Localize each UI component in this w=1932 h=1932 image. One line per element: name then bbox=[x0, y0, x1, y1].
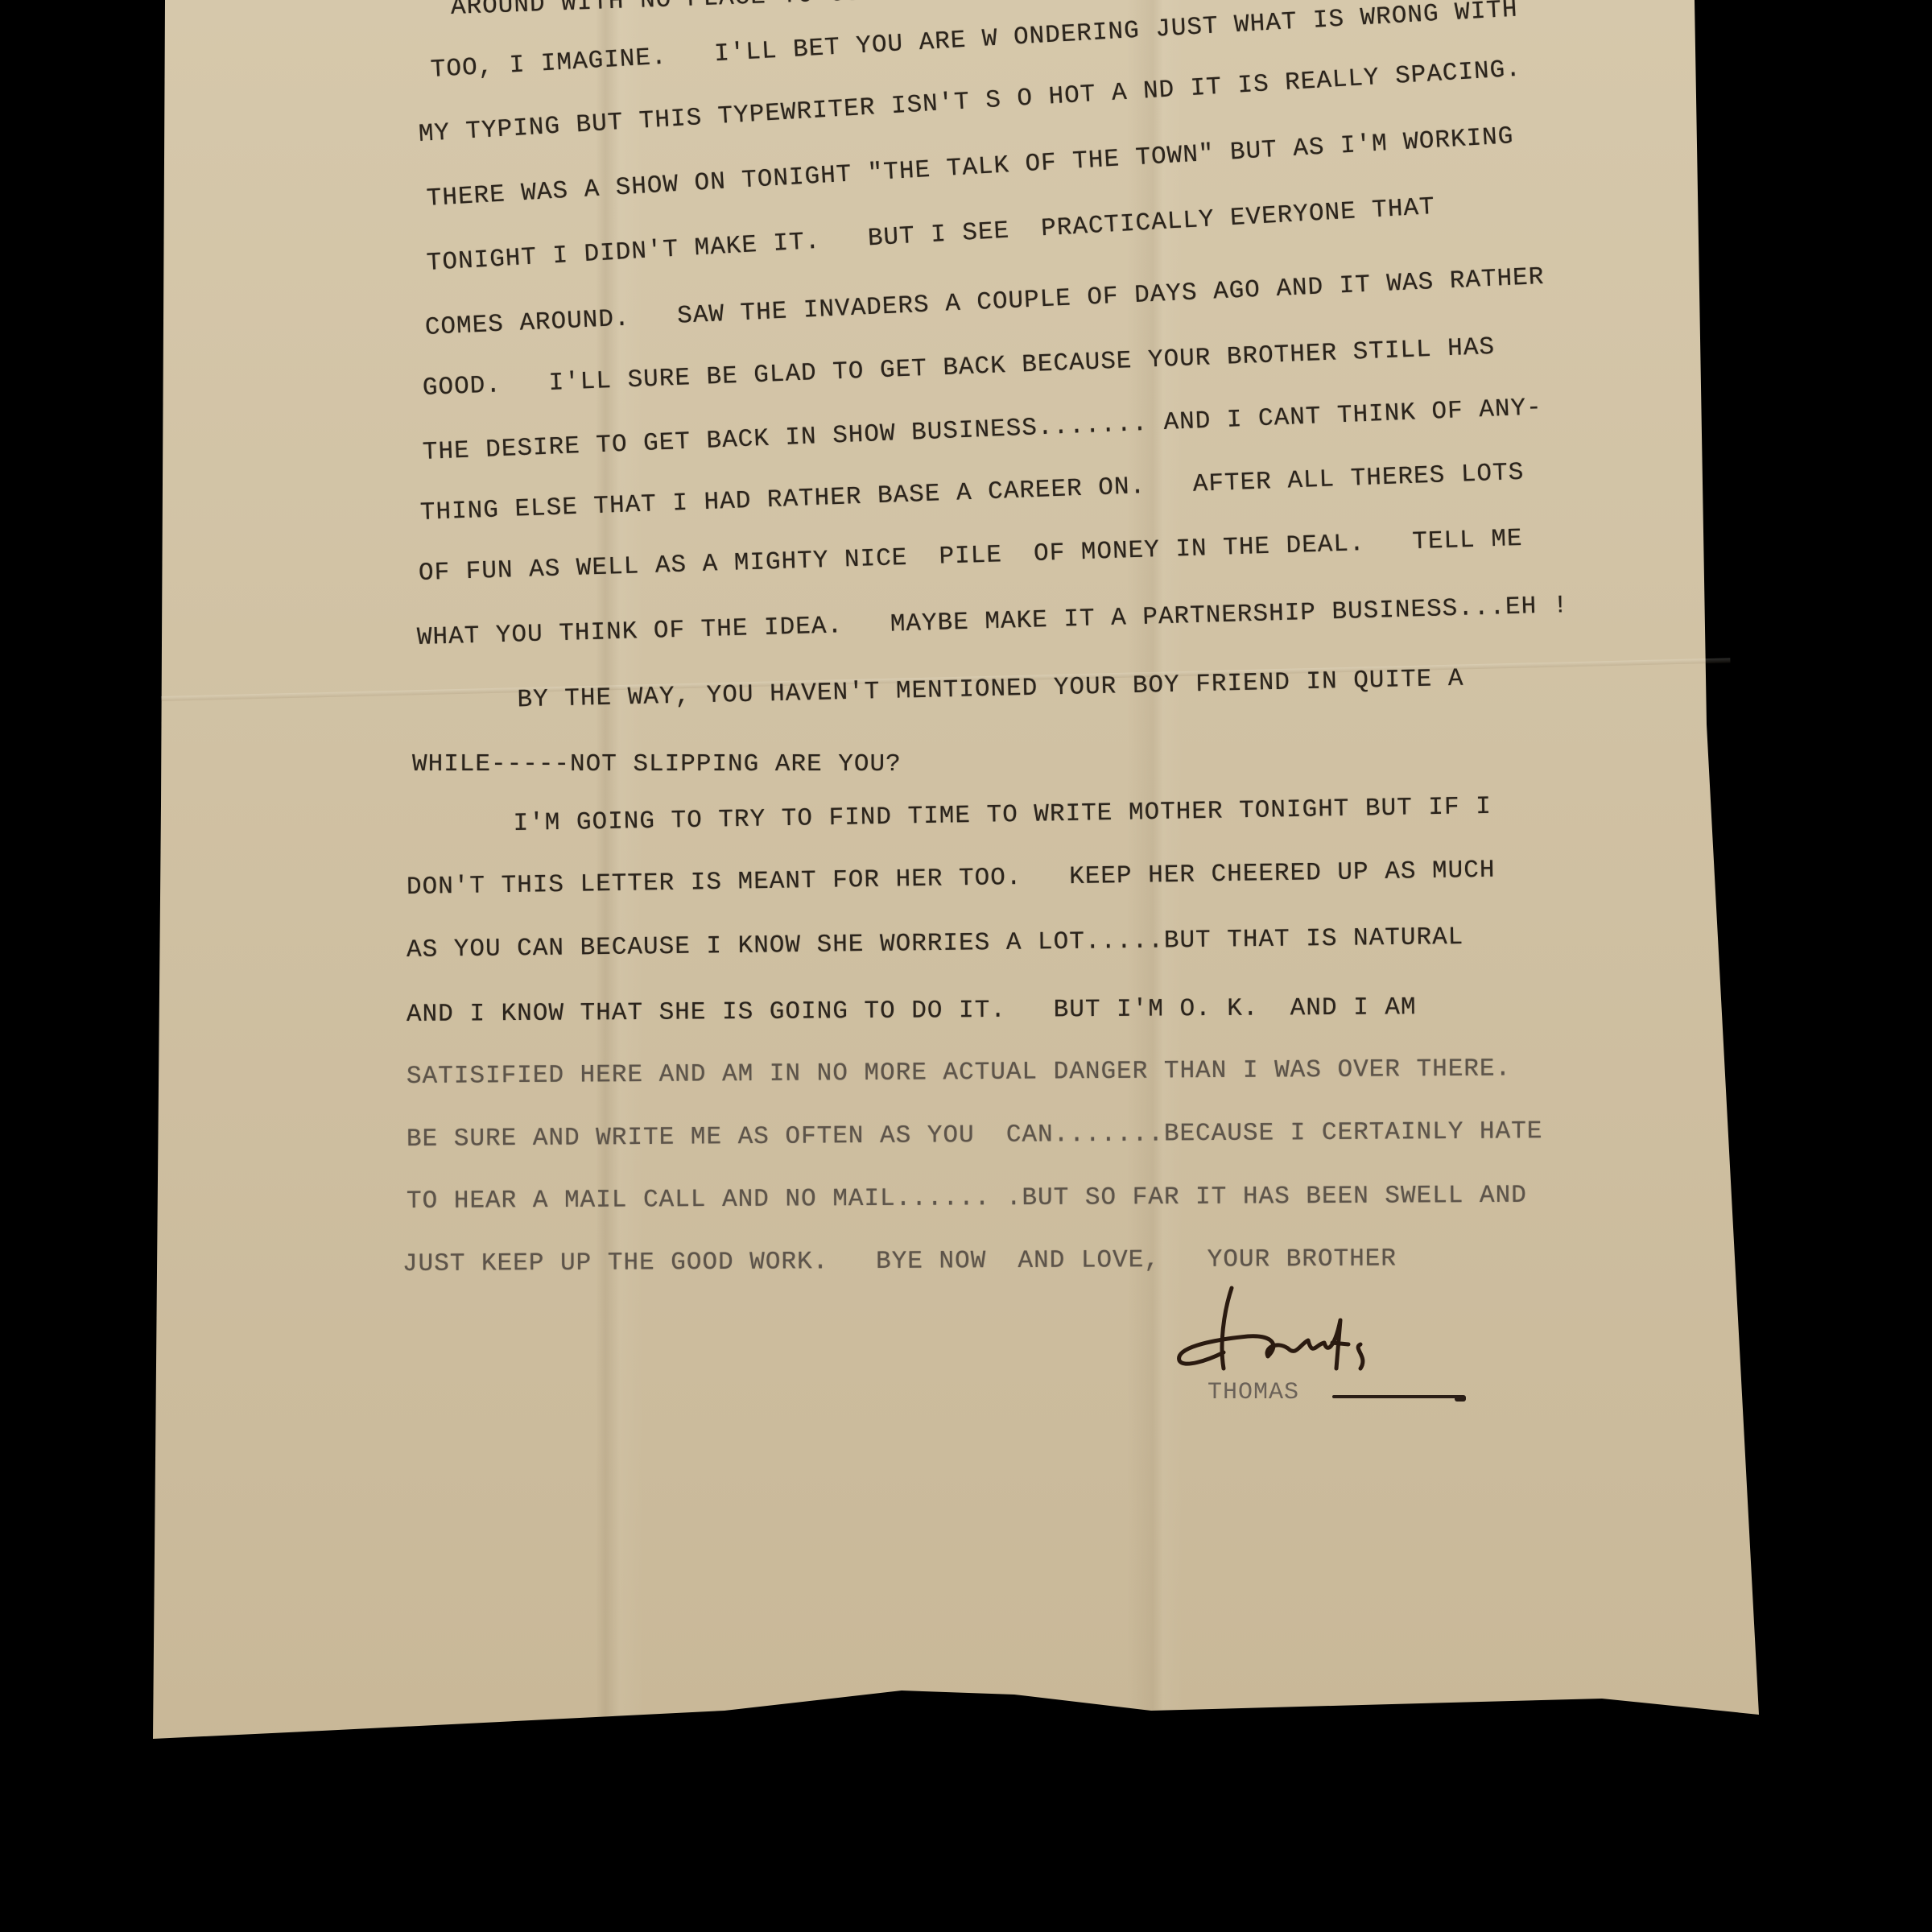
letter-line: TONIGHT I DIDN'T MAKE IT. BUT I SEE PRAC… bbox=[426, 193, 1436, 278]
letter-line: I'M GOING TO TRY TO FIND TIME TO WRITE M… bbox=[419, 793, 1492, 840]
letter-line: DON'T THIS LETTER IS MEANT FOR HER TOO. … bbox=[407, 857, 1496, 902]
letter-line: WHILE-----NOT SLIPPING ARE YOU? bbox=[412, 750, 902, 778]
letter-line: WHAT YOU THINK OF THE IDEA. MAYBE MAKE I… bbox=[417, 592, 1569, 652]
letter-line: THE DESIRE TO GET BACK IN SHOW BUSINESS.… bbox=[422, 394, 1542, 467]
letter-body: AROUND WITH NO PLACE TO GO I GUESS. RATH… bbox=[0, 0, 1932, 1932]
typed-signature-name: THOMAS bbox=[1207, 1379, 1299, 1406]
letter-line: THING ELSE THAT I HAD RATHER BASE A CARE… bbox=[419, 459, 1525, 527]
letter-line: BY THE WAY, YOU HAVEN'T MENTIONED YOUR B… bbox=[423, 665, 1464, 716]
letter-line: AND I KNOW THAT SHE IS GOING TO DO IT. B… bbox=[407, 993, 1417, 1029]
signature-dash-stroke bbox=[1332, 1395, 1461, 1398]
letter-line: JUST KEEP UP THE GOOD WORK. BYE NOW AND … bbox=[402, 1245, 1397, 1278]
letter-line: GOOD. I'LL SURE BE GLAD TO GET BACK BECA… bbox=[422, 333, 1495, 402]
letter-line: BE SURE AND WRITE ME AS OFTEN AS YOU CAN… bbox=[407, 1117, 1543, 1154]
letter-line: AS YOU CAN BECAUSE I KNOW SHE WORRIES A … bbox=[407, 923, 1464, 964]
letter-line: COMES AROUND. SAW THE INVADERS A COUPLE … bbox=[424, 263, 1545, 342]
letter-line: OF FUN AS WELL AS A MIGHTY NICE PILE OF … bbox=[418, 525, 1523, 588]
letter-line: SATISIFIED HERE AND AM IN NO MORE ACTUAL… bbox=[407, 1055, 1511, 1091]
letter-line: TO HEAR A MAIL CALL AND NO MAIL...... .B… bbox=[407, 1182, 1527, 1216]
handwritten-signature bbox=[1175, 1280, 1417, 1385]
